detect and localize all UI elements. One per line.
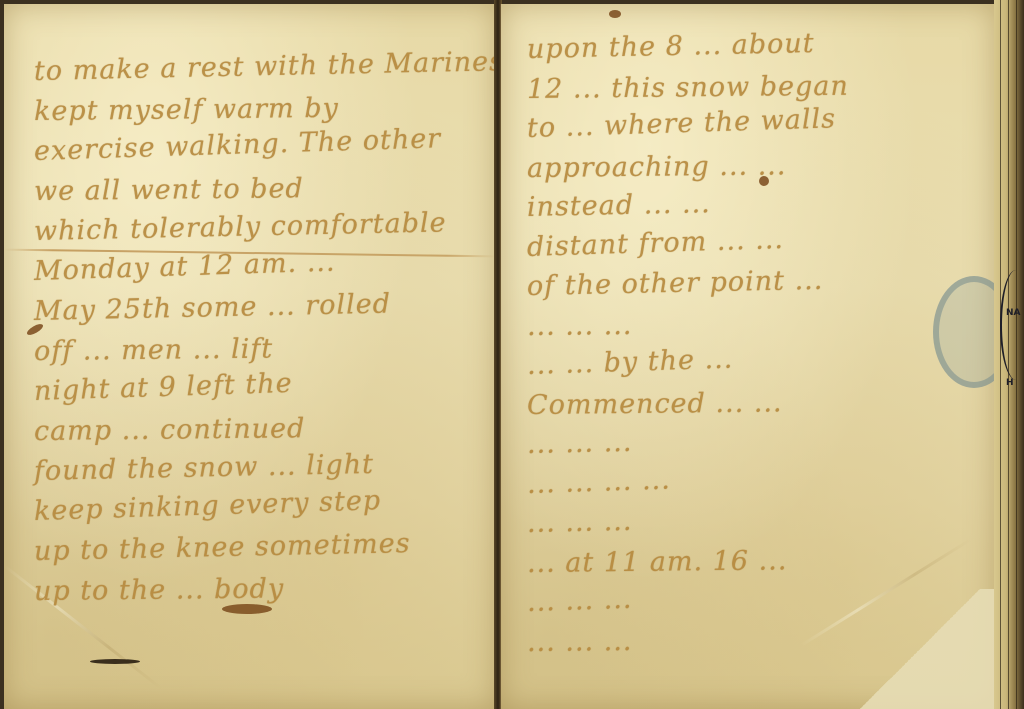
ink-blot bbox=[90, 659, 140, 664]
manuscript-line: upon the 8 ... about bbox=[527, 21, 972, 70]
manuscript-line: of the other point ... bbox=[527, 258, 972, 307]
manuscript-line: up to the knee sometimes bbox=[34, 523, 473, 572]
stamp-letters: NA H bbox=[1006, 278, 1021, 418]
stamp-letter: NA bbox=[1006, 278, 1021, 348]
page-edges: NA H bbox=[994, 0, 1024, 709]
manuscript-line: to make a rest with the Marines bbox=[34, 43, 473, 92]
right-page: upon the 8 ... about 12 ... this snow be… bbox=[500, 4, 995, 709]
left-page: to make a rest with the Marines kept mys… bbox=[4, 4, 498, 709]
manuscript-line: ... ... ... bbox=[527, 495, 972, 544]
edge-line bbox=[1000, 0, 1001, 709]
left-page-text: to make a rest with the Marines kept mys… bbox=[34, 52, 472, 612]
manuscript-scan: to make a rest with the Marines kept mys… bbox=[0, 0, 1024, 709]
ink-blot bbox=[222, 604, 272, 614]
folded-corner bbox=[845, 589, 995, 709]
ink-blot bbox=[609, 10, 621, 18]
manuscript-line: May 25th some ... rolled bbox=[34, 283, 473, 332]
right-page-text: upon the 8 ... about 12 ... this snow be… bbox=[527, 30, 971, 662]
stamp-letter: H bbox=[1006, 348, 1021, 418]
ink-blot bbox=[759, 176, 769, 186]
